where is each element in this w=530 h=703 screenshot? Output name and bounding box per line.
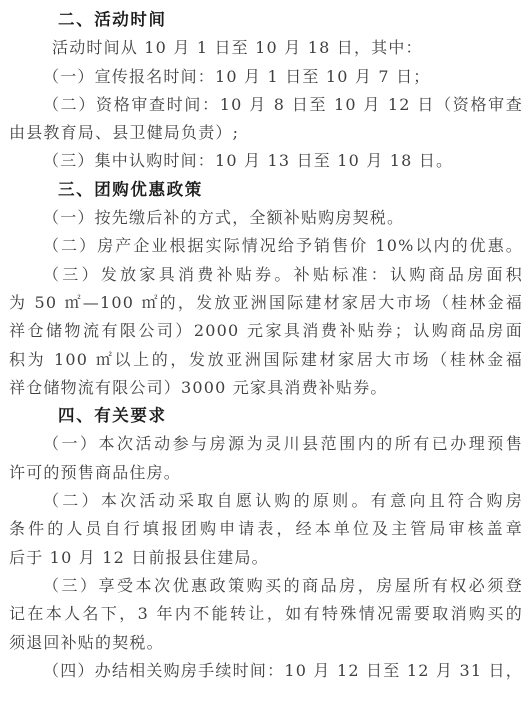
text-line: （三）发放家具消费补贴券。补贴标准：认购商品房面积 bbox=[9, 261, 523, 289]
text-line: 由县教育局、县卫健局负责）; bbox=[9, 119, 523, 147]
text-line: 记在本人名下，3 年内不能转让，如有特殊情况需要取消购买的 bbox=[9, 600, 523, 628]
text-line: （三）集中认购时间：10 月 13 日至 10 月 18 日。 bbox=[9, 147, 523, 175]
section-heading: 三、团购优惠政策 bbox=[9, 176, 523, 204]
document-content: 二、活动时间活动时间从 10 月 1 日至 10 月 18 日，其中：（一）宣传… bbox=[0, 0, 530, 685]
text-line: 活动时间从 10 月 1 日至 10 月 18 日，其中： bbox=[9, 34, 523, 62]
paragraph: （一）本次活动参与房源为灵川县范围内的所有已办理预售许可的预售商品住房。 bbox=[9, 430, 523, 487]
text-line: （一）本次活动参与房源为灵川县范围内的所有已办理预售 bbox=[9, 430, 523, 458]
section-heading: 四、有关要求 bbox=[9, 402, 523, 430]
text-line: （二）资格审查时间：10 月 8 日至 10 月 12 日（资格审查 bbox=[9, 91, 523, 119]
text-line: 条件的人员自行填报团购申请表，经本单位及主管局审核盖章 bbox=[9, 515, 523, 543]
paragraph: （二）房产企业根据实际情况给予销售价 10%以内的优惠。 bbox=[9, 232, 523, 260]
heading-line: 二、活动时间 bbox=[9, 6, 523, 34]
text-line: 祥仓储物流有限公司）3000 元家具消费补贴券。 bbox=[9, 374, 523, 402]
heading-line: 三、团购优惠政策 bbox=[9, 176, 523, 204]
paragraph: （三）发放家具消费补贴券。补贴标准：认购商品房面积为 50 ㎡—100 ㎡的，发… bbox=[9, 261, 523, 402]
paragraph: （四）办结相关购房手续时间：10 月 12 日至 12 月 31 日， bbox=[9, 657, 523, 685]
paragraph: （二）资格审查时间：10 月 8 日至 10 月 12 日（资格审查由县教育局、… bbox=[9, 91, 523, 148]
section-heading: 二、活动时间 bbox=[9, 6, 523, 34]
paragraph: （三）集中认购时间：10 月 13 日至 10 月 18 日。 bbox=[9, 147, 523, 175]
text-line: （四）办结相关购房手续时间：10 月 12 日至 12 月 31 日， bbox=[9, 657, 523, 685]
text-line: 为 50 ㎡—100 ㎡的，发放亚洲国际建材家居大市场（桂林金福 bbox=[9, 289, 523, 317]
text-line: 须退回补贴的契税。 bbox=[9, 629, 523, 657]
text-line: 许可的预售商品住房。 bbox=[9, 459, 523, 487]
paragraph: （二）本次活动采取自愿认购的原则。有意向且符合购房条件的人员自行填报团购申请表，… bbox=[9, 487, 523, 572]
paragraph: （三）享受本次优惠政策购买的商品房，房屋所有权必须登记在本人名下，3 年内不能转… bbox=[9, 572, 523, 657]
text-line: 后于 10 月 12 日前报县住建局。 bbox=[9, 544, 523, 572]
paragraph: （一）按先缴后补的方式，全额补贴购房契税。 bbox=[9, 204, 523, 232]
text-line: （一）宣传报名时间：10 月 1 日至 10 月 7 日； bbox=[9, 63, 523, 91]
text-line: （三）享受本次优惠政策购买的商品房，房屋所有权必须登 bbox=[9, 572, 523, 600]
text-line: 祥仓储物流有限公司）2000 元家具消费补贴券；认购商品房面 bbox=[9, 317, 523, 345]
text-line: 积为 100 ㎡以上的，发放亚洲国际建材家居大市场（桂林金福 bbox=[9, 346, 523, 374]
text-line: （二）本次活动采取自愿认购的原则。有意向且符合购房 bbox=[9, 487, 523, 515]
heading-line: 四、有关要求 bbox=[9, 402, 523, 430]
text-line: （一）按先缴后补的方式，全额补贴购房契税。 bbox=[9, 204, 523, 232]
document-page: 二、活动时间活动时间从 10 月 1 日至 10 月 18 日，其中：（一）宣传… bbox=[0, 0, 530, 703]
paragraph: 活动时间从 10 月 1 日至 10 月 18 日，其中： bbox=[9, 34, 523, 62]
text-line: （二）房产企业根据实际情况给予销售价 10%以内的优惠。 bbox=[9, 232, 523, 260]
paragraph: （一）宣传报名时间：10 月 1 日至 10 月 7 日； bbox=[9, 63, 523, 91]
